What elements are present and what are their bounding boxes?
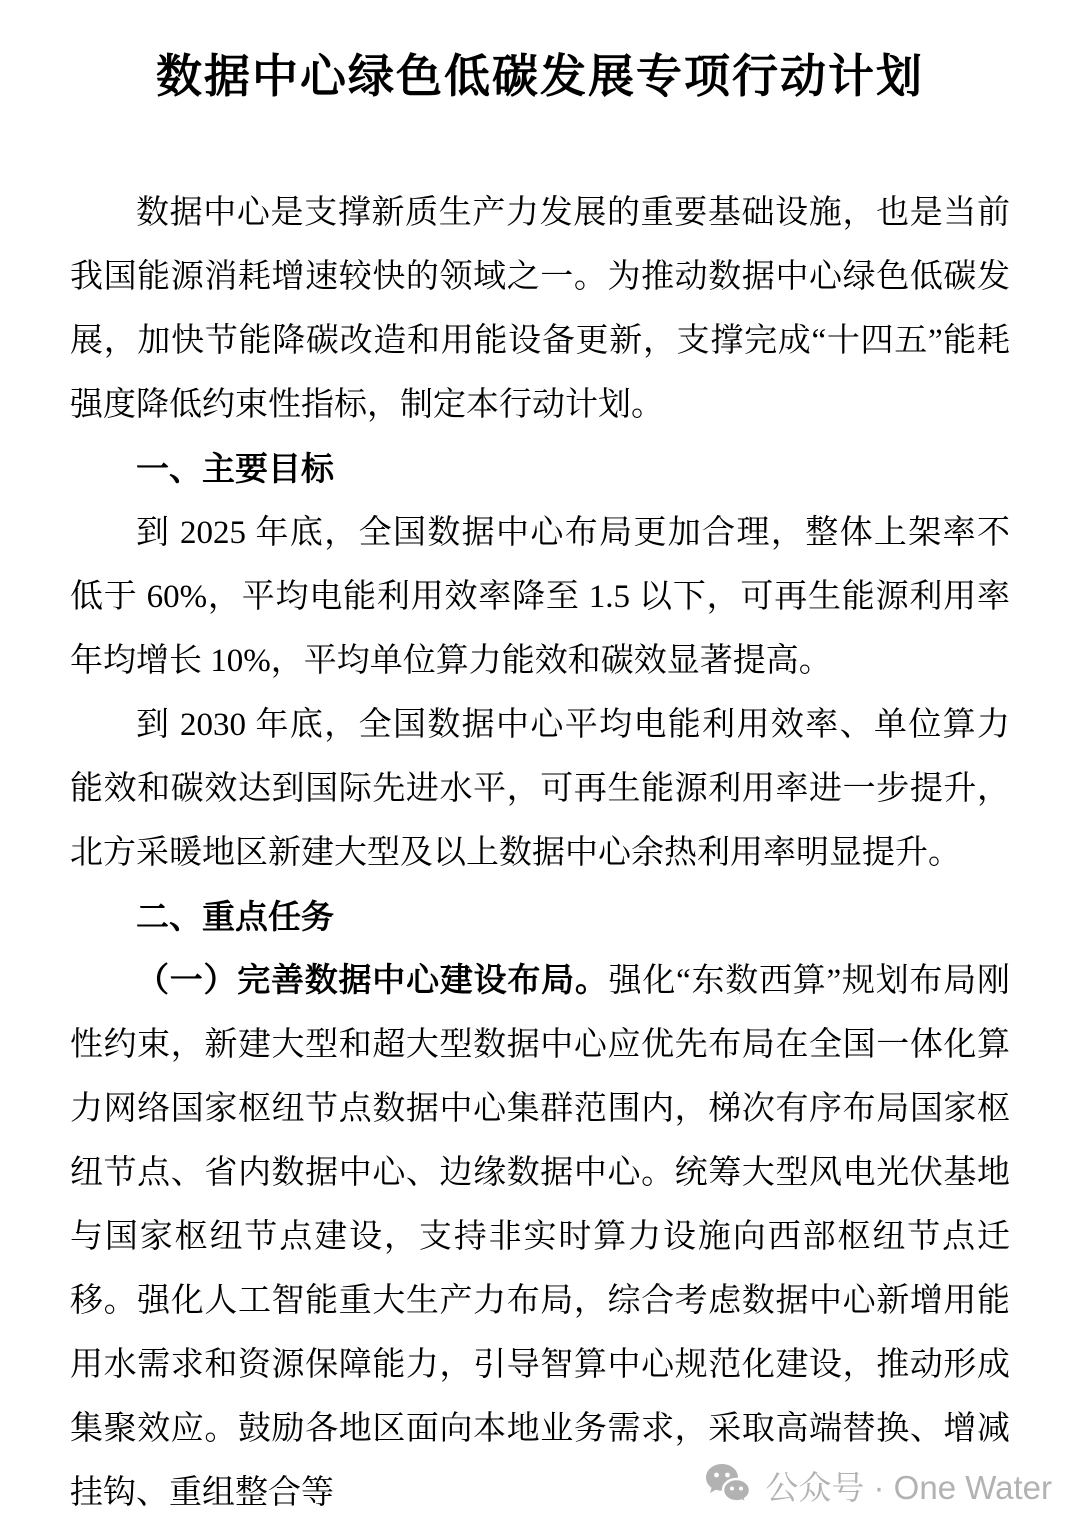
task1-body-text: 强化“东数西算”规划布局刚性约束，新建大型和超大型数据中心应优先布局在全国一体化…	[70, 963, 1010, 1511]
task1-lead-phrase: （一）完善数据中心建设布局。	[136, 963, 609, 999]
wechat-icon	[703, 1460, 753, 1510]
page-title: 数据中心绿色低碳发展专项行动计划	[70, 46, 1010, 108]
watermark-label: 公众号 · One Water	[765, 1462, 1052, 1509]
paragraph-goal-2025: 到 2025 年底，全国数据中心布局更加合理，整体上架率不低于 60%，平均电能…	[70, 501, 1010, 693]
paragraph-task1: （一）完善数据中心建设布局。强化“东数西算”规划布局刚性约束，新建大型和超大型数…	[70, 949, 1010, 1520]
intro-paragraph: 数据中心是支撑新质生产力发展的重要基础设施，也是当前我国能源消耗增速较快的领域之…	[70, 181, 1010, 437]
paragraph-goal-2030: 到 2030 年底，全国数据中心平均电能利用效率、单位算力能效和碳效达到国际先进…	[70, 693, 1010, 885]
document-body: 数据中心是支撑新质生产力发展的重要基础设施，也是当前我国能源消耗增速较快的领域之…	[70, 181, 1010, 1520]
section-heading-main-goals: 一、主要目标	[70, 437, 1010, 501]
document-page: 数据中心绿色低碳发展专项行动计划 数据中心是支撑新质生产力发展的重要基础设施，也…	[0, 0, 1080, 1520]
section-heading-key-tasks: 二、重点任务	[70, 885, 1010, 949]
watermark: 公众号 · One Water	[703, 1460, 1052, 1510]
